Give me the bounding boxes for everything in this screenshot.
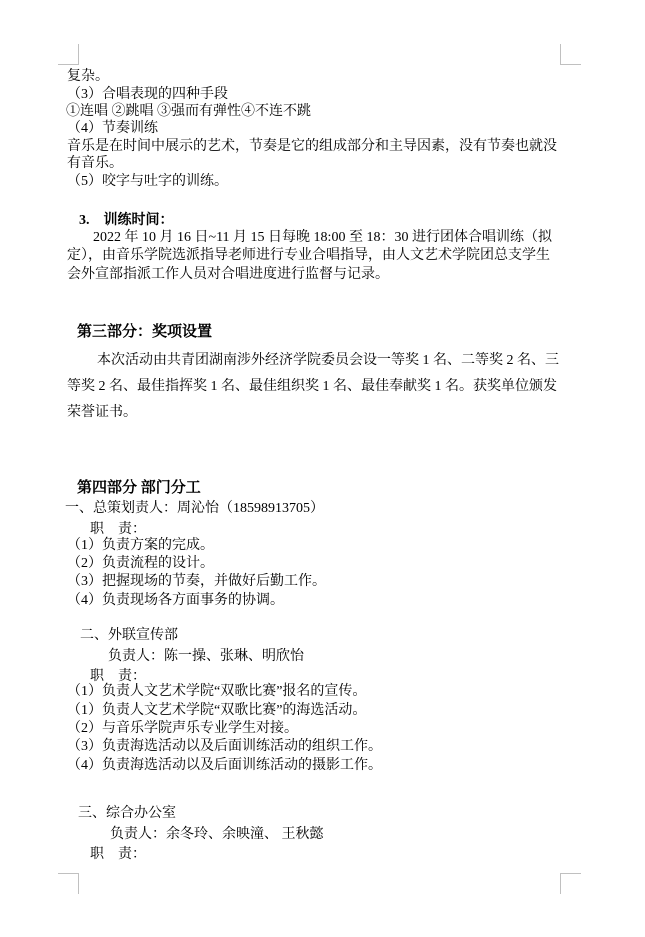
text-line: （3）负责海选活动以及后面训练活动的组织工作。 [67,738,382,755]
heading-part4-division: 第四部分 部门分工 [77,479,201,498]
text-line: 音乐是在时间中展示的艺术，节奏是它的组成部分和主导因素，没有节奏也就没 [67,138,557,155]
text-line: （4）负责海选活动以及后面训练活动的摄影工作。 [67,757,382,774]
text-line: （3）合唱表现的四种手段 [67,86,228,103]
text-line: 本次活动由共青团湖南涉外经济学院委员会设一等奖 1 名、二等奖 2 名、三 [97,352,559,369]
text-line: （4）节奏训练 [67,120,158,137]
text-line: 职 责： [90,846,146,863]
crop-mark-bottom-left [58,873,79,894]
text-line: 负责人：陈一操、张琳、明欣怡 [108,648,304,665]
text-line: （4）负责现场各方面事务的协调。 [67,592,284,609]
text-line: 定），由音乐学院选派指导老师进行专业合唱指导，由人文艺术学院团总支学生 [67,247,550,264]
text-line: （1）负责人文艺术学院“双歌比赛”的海选活动。 [67,702,366,719]
text-line: （1）负责人文艺术学院“双歌比赛”报名的宣传。 [67,683,366,700]
crop-mark-top-left [58,44,79,65]
text-line: 职 责： [90,521,146,538]
text-line: （2）负责流程的设计。 [67,555,214,572]
subheading-dept-office: 三、综合办公室 [78,805,176,822]
text-line: （3）把握现场的节奏，并做好后勤工作。 [67,573,326,590]
text-line: 会外宣部指派工作人员对合唱进度进行监督与记录。 [67,266,389,283]
heading-training-time: 3. 训练时间： [79,212,174,229]
subheading-dept-outreach: 二、外联宣传部 [80,627,178,644]
text-line: （2）与音乐学院声乐专业学生对接。 [67,720,298,737]
text-line: 荣誉证书。 [67,404,137,421]
crop-mark-bottom-right [560,873,581,894]
text-line: 2022 年 10 月 16 日~11 月 15 日每晚 18:00 至 18：… [93,229,552,246]
text-line: 有音乐。 [67,155,123,172]
document-page: 复杂。 （3）合唱表现的四种手段 ①连唱 ②跳唱 ③强而有弹性④不连不跳 （4）… [0,0,645,937]
text-line: 等奖 2 名、最佳指挥奖 1 名、最佳组织奖 1 名、最佳奉献奖 1 名。获奖单… [67,378,557,395]
text-line: （5）咬字与吐字的训练。 [67,173,228,190]
heading-part3-awards: 第三部分：奖项设置 [77,323,212,342]
text-line: （1）负责方案的完成。 [67,537,214,554]
text-line: 一、总策划责人：周沁怡（18598913705） [65,500,324,517]
crop-mark-top-right [560,44,581,65]
text-line: ①连唱 ②跳唱 ③强而有弹性④不连不跳 [66,103,311,120]
text-line: 负责人：余冬玲、余映潼、 王秋懿 [110,826,324,843]
text-line: 复杂。 [67,68,109,85]
